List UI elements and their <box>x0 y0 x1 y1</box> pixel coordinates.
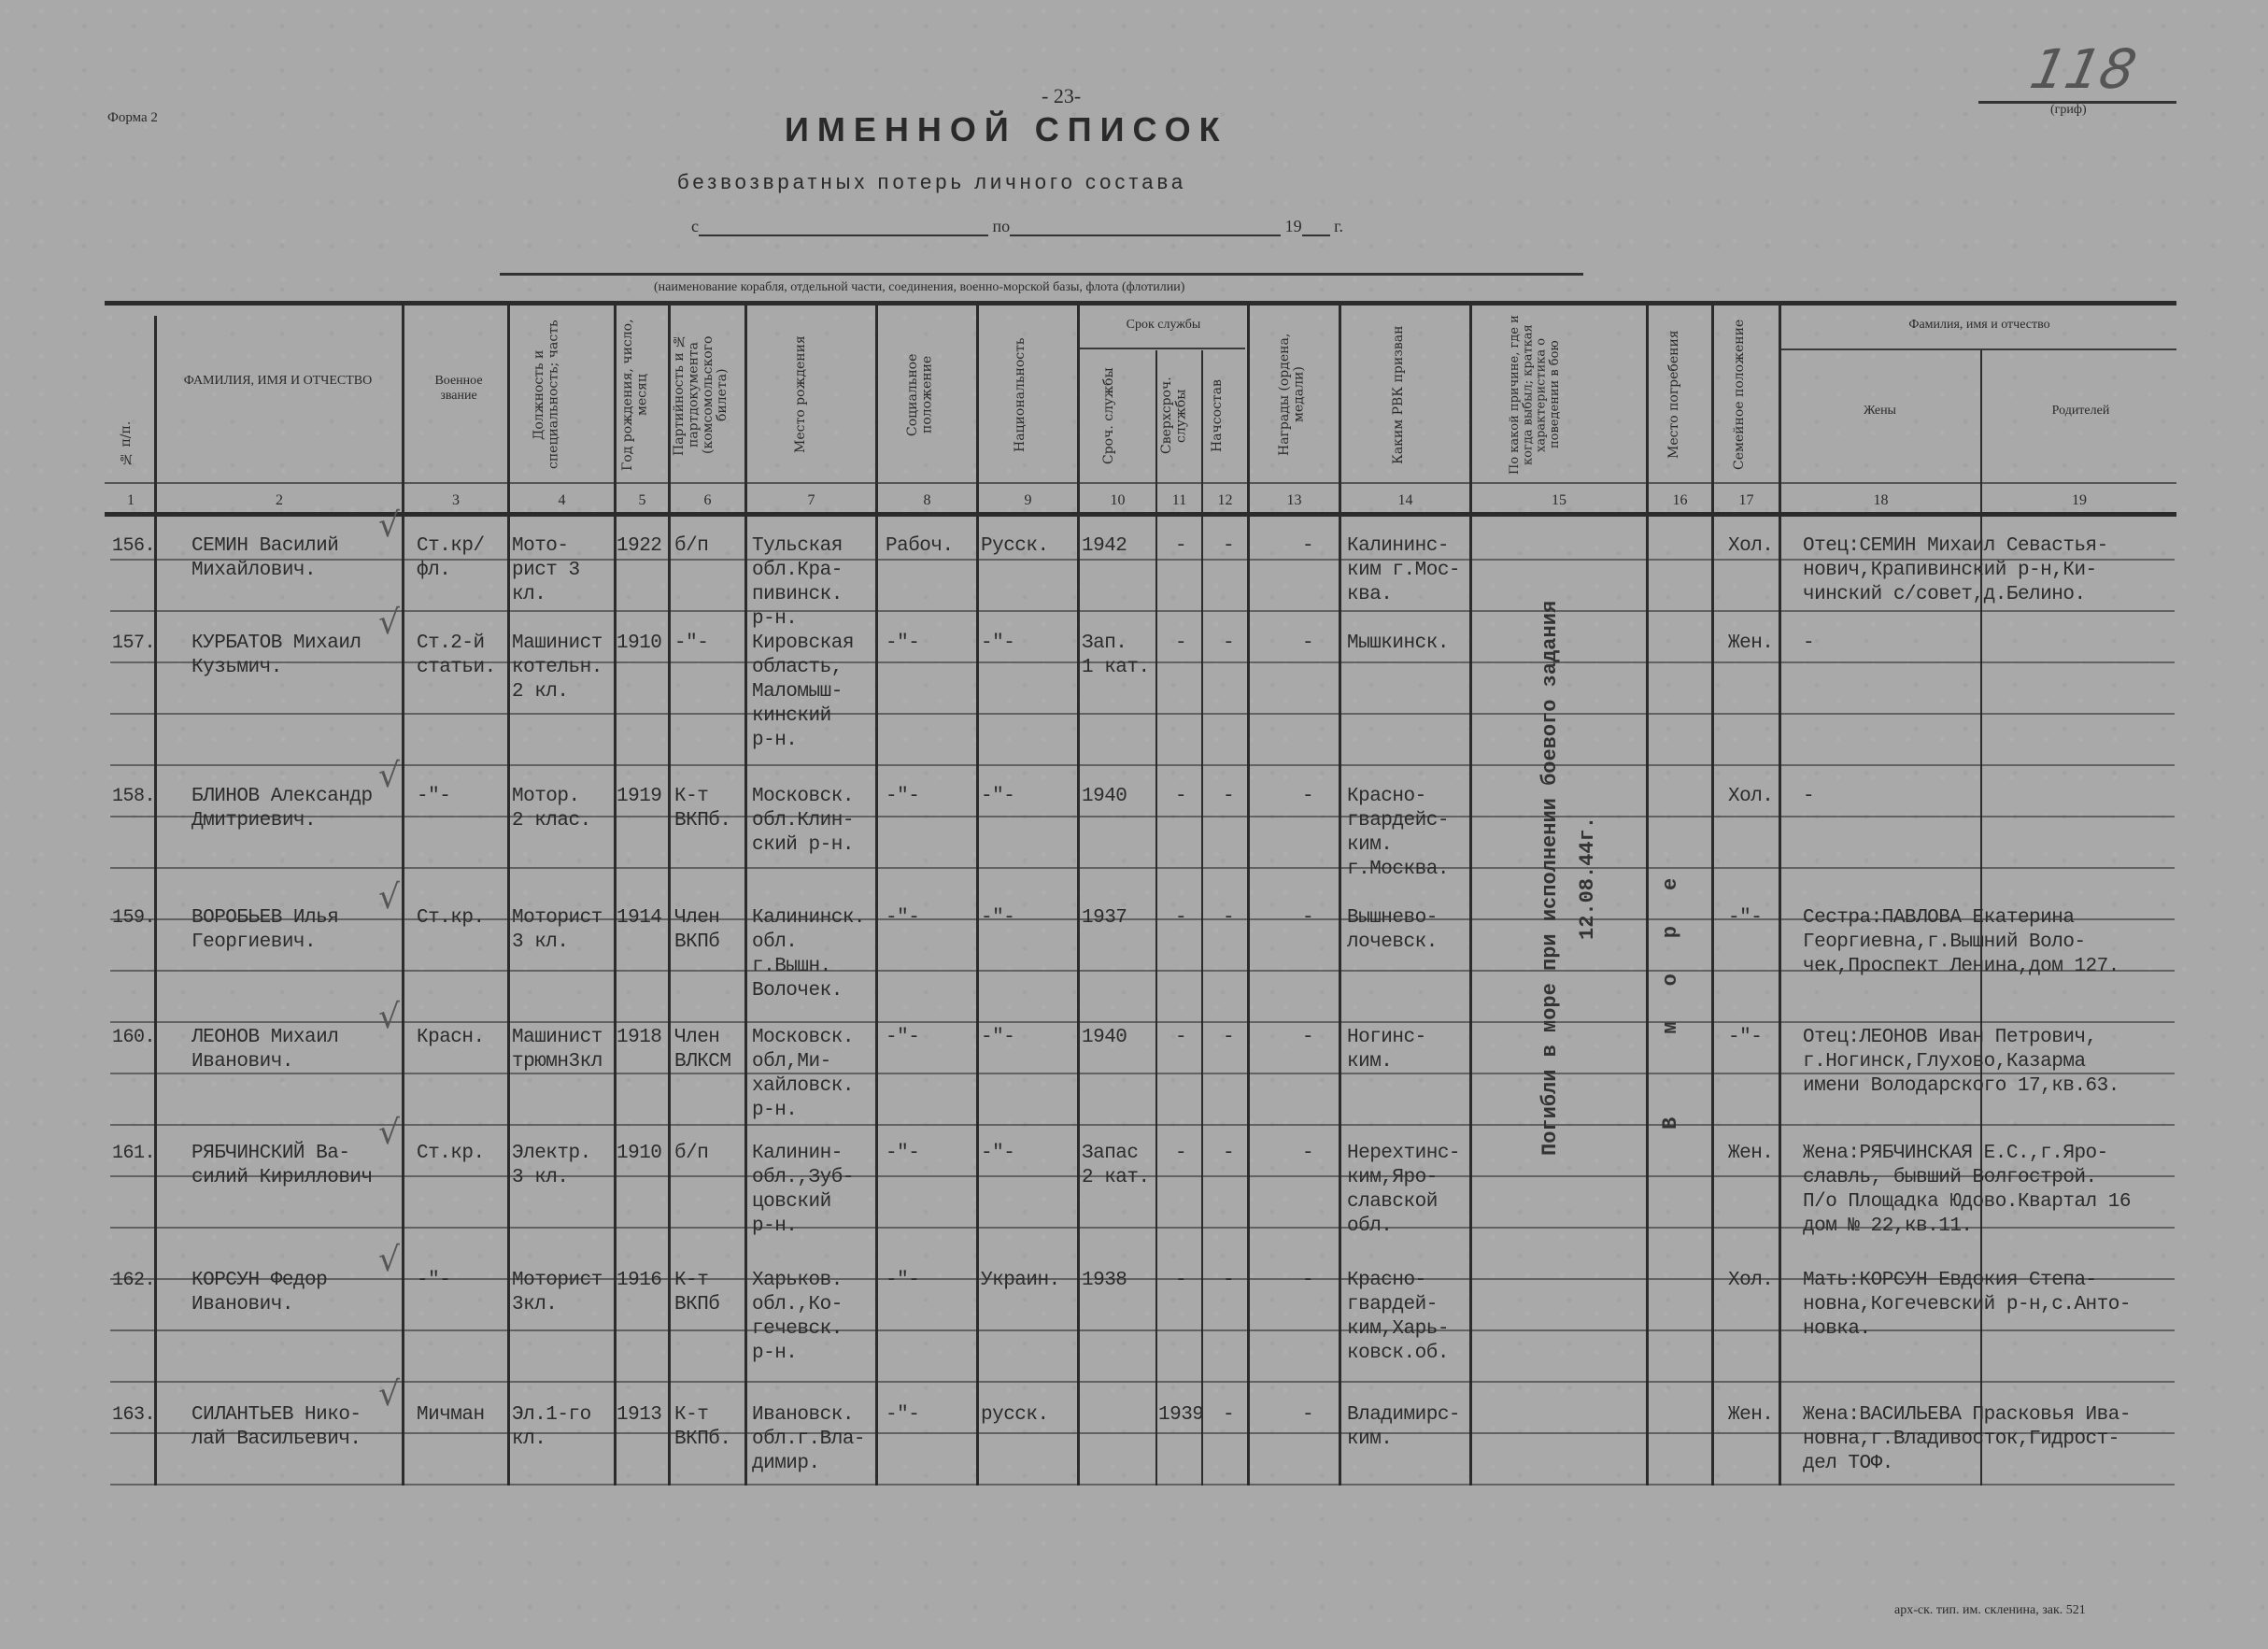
birthplace: Кировская область, Маломыш- кинский р-н. <box>752 632 878 753</box>
extended-service: - <box>1158 785 1203 809</box>
colnum-11: 11 <box>1157 492 1201 509</box>
full-name: БЛИНОВ Александр Дмитриевич. <box>191 785 402 833</box>
table-top-border <box>105 301 2176 306</box>
position: Эл.1-го кл. <box>512 1403 617 1452</box>
regular-service: Зап. 1 кат. <box>1082 632 1156 680</box>
military-rank: Мичман <box>417 1403 510 1428</box>
military-rank: Ст.2-й статьи. <box>417 632 510 680</box>
check-mark-icon: √ <box>378 878 400 917</box>
military-rank: Красн. <box>417 1026 510 1050</box>
col-divider-15 <box>1646 304 1649 1486</box>
period-from-blank <box>699 220 988 236</box>
col-divider-3 <box>507 304 510 1486</box>
family-status: -"- <box>1728 906 1784 931</box>
regular-service: 1940 <box>1082 1026 1156 1050</box>
header-col-15: По какой причине, где и когда выбыл; кра… <box>1509 313 1602 476</box>
header-col-10: Сроч. службы <box>1102 355 1130 476</box>
header-col-12: Начсостав <box>1211 355 1239 476</box>
birth-year: 1916 <box>617 1269 671 1293</box>
row-number: 159. <box>112 906 153 931</box>
period-from-label: с <box>691 217 699 235</box>
officer-status: - <box>1214 632 1242 656</box>
draft-office: Нерехтинс- ким,Яро- славской обл. <box>1347 1142 1478 1239</box>
regular-service: 1938 <box>1082 1269 1156 1293</box>
party-membership: Член ВЛКСМ <box>674 1026 745 1074</box>
header-col-11: Сверхсроч. службы <box>1160 355 1198 476</box>
social-status: -"- <box>886 1269 975 1293</box>
extended-service: 1939 <box>1158 1403 1203 1428</box>
colnum-10: 10 <box>1080 492 1155 509</box>
parents-info: Отец:СЕМИН Михаил Севастья- нович,Крапив… <box>1803 534 2176 607</box>
header-col-14: Каким РВК призван <box>1392 313 1420 476</box>
social-status: -"- <box>886 785 975 809</box>
full-name: СИЛАНТЬЕВ Нико- лай Васильевич. <box>191 1403 402 1452</box>
extended-service: - <box>1158 632 1203 656</box>
extended-service: - <box>1158 1269 1203 1293</box>
regular-service: 1937 <box>1082 906 1156 931</box>
relative-info: Сестра:ПАВЛОВА Екатерина Георгиевна,г.Вы… <box>1803 906 2176 979</box>
extended-service: - <box>1158 1026 1203 1050</box>
row-rule-line <box>110 764 2175 766</box>
colnum-9: 9 <box>979 492 1077 509</box>
row-rule-line <box>110 1484 2175 1486</box>
cause-of-loss-note: Погибли в море при исполнении боевого за… <box>1532 598 1616 1159</box>
nationality: русск. <box>981 1403 1078 1428</box>
period-to-blank <box>1010 220 1281 236</box>
social-status: -"- <box>886 1142 975 1166</box>
party-membership: -"- <box>674 632 745 656</box>
birth-year: 1910 <box>617 632 671 656</box>
social-status: -"- <box>886 1403 975 1428</box>
row-number: 160. <box>112 1026 153 1050</box>
regular-service: 1940 <box>1082 785 1156 809</box>
draft-office: Ногинс- ким. <box>1347 1026 1478 1074</box>
party-membership: Член ВКПб <box>674 906 745 955</box>
header-col-7: Место рождения <box>794 313 822 476</box>
handwritten-sheet-number: 118 <box>2025 37 2142 101</box>
row-number: 162. <box>112 1269 153 1293</box>
regular-service: 1942 <box>1082 534 1156 559</box>
header-col-17: Семейное положение <box>1733 313 1774 476</box>
birth-year: 1910 <box>617 1142 671 1166</box>
family-status: Жен. <box>1728 632 1784 656</box>
birthplace: Московск. обл,Ми- хайловск. р-н. <box>752 1026 878 1123</box>
nationality: Украин. <box>981 1269 1078 1293</box>
row-rule-line <box>110 1124 2175 1126</box>
header-group-service-term: Срок службы <box>1082 318 1245 333</box>
col-divider-8 <box>976 304 979 1486</box>
header-col-8: Социальное положение <box>906 313 947 476</box>
military-rank: -"- <box>417 785 510 809</box>
row-rule-line <box>110 1381 2175 1383</box>
check-mark-icon: √ <box>378 506 400 545</box>
colnum-19: 19 <box>1982 492 2176 509</box>
relative-info: Мать:КОРСУН Евдокия Степа- новна,Когечев… <box>1803 1269 2176 1342</box>
burial-place-note: В море <box>1659 822 1696 1149</box>
awards: - <box>1294 632 1322 656</box>
family-status: Хол. <box>1728 785 1784 809</box>
header-col-6: Партийность и № партдокумента (комсомоль… <box>673 313 740 476</box>
row-number: 156. <box>112 534 153 559</box>
row-rule-line <box>110 1021 2175 1023</box>
col-divider-1 <box>154 316 157 1486</box>
colnum-5: 5 <box>617 492 668 509</box>
header-col-9: Национальность <box>1014 313 1042 476</box>
draft-office: Вышнево- лочевск. <box>1347 906 1478 955</box>
birth-year: 1922 <box>617 534 671 559</box>
check-mark-icon: √ <box>378 1114 400 1152</box>
document-subtitle: безвозвратных потерь личного состава <box>677 170 1186 194</box>
colnum-18: 18 <box>1781 492 1980 509</box>
row-rule-line <box>110 816 2175 817</box>
row-rule-line <box>110 610 2175 612</box>
relative-info: Жена:ВАСИЛЬЕВА Прасковья Ива- новна,г.Вл… <box>1803 1403 2176 1476</box>
period-line: с по 19 г. <box>691 217 1343 236</box>
full-name: ЛЕОНОВ Михаил Иванович. <box>191 1026 402 1074</box>
awards: - <box>1294 1403 1322 1428</box>
header-col-4: Должность и специальность; часть <box>532 313 588 476</box>
period-year-label: 19 <box>1285 217 1302 235</box>
colnum-17: 17 <box>1714 492 1779 509</box>
header-col-3: Военное звание <box>417 374 501 404</box>
awards: - <box>1294 906 1322 931</box>
extended-service: - <box>1158 534 1203 559</box>
page-number: - 23- <box>1042 84 1081 108</box>
birthplace: Ивановск. обл.г.Вла- димир. <box>752 1403 878 1476</box>
birthplace: Харьков. обл.,Ко- гечевск. р-н. <box>752 1269 878 1366</box>
position: Машинист трюмн3кл <box>512 1026 617 1074</box>
nationality: -"- <box>981 906 1078 931</box>
check-mark-icon: √ <box>378 998 400 1036</box>
parents-info: - <box>1803 785 2176 809</box>
full-name: КУРБАТОВ Михаил Кузьмич. <box>191 632 402 680</box>
birth-year: 1914 <box>617 906 671 931</box>
draft-office: Красно- гвардейс- ким. г.Москва. <box>1347 785 1478 882</box>
header-col-5: Год рождения, число, месяц <box>621 313 662 476</box>
social-status: Рабоч. <box>886 534 975 559</box>
family-status: Хол. <box>1728 534 1784 559</box>
colnum-2: 2 <box>157 492 402 509</box>
period-year-blank <box>1302 220 1330 236</box>
position: Мотор. 2 клас. <box>512 785 617 833</box>
colnum-16: 16 <box>1649 492 1711 509</box>
officer-status: - <box>1214 1026 1242 1050</box>
birth-year: 1913 <box>617 1403 671 1428</box>
nationality: Русск. <box>981 534 1078 559</box>
birthplace: Калининск. обл. г.Вышн. Волочек. <box>752 906 878 1003</box>
full-name: КОРСУН Федор Иванович. <box>191 1269 402 1317</box>
header-col-18: Жены <box>1784 404 1976 419</box>
birth-year: 1918 <box>617 1026 671 1050</box>
check-mark-icon: √ <box>378 1241 400 1279</box>
regular-service: Запас 2 кат. <box>1082 1142 1156 1190</box>
full-name: РЯБЧИНСКИЙ Ва- силий Кириллович <box>191 1142 402 1190</box>
row-number: 157. <box>112 632 153 656</box>
family-status: Жен. <box>1728 1142 1784 1166</box>
colnum-8: 8 <box>878 492 976 509</box>
header-col-1: № п/п. <box>120 411 148 476</box>
military-rank: Ст.кр. <box>417 1142 510 1166</box>
extended-service: - <box>1158 906 1203 931</box>
position: Электр. 3 кл. <box>512 1142 617 1190</box>
family-status: Жен. <box>1728 1403 1784 1428</box>
header-col-13: Награды (ордена, медали) <box>1278 313 1319 476</box>
colnum-7: 7 <box>747 492 875 509</box>
period-year-suffix: г. <box>1334 217 1343 235</box>
draft-office: Калининс- ким г.Мос- ква. <box>1347 534 1478 607</box>
col-divider-5 <box>668 304 671 1486</box>
colnum-15: 15 <box>1472 492 1646 509</box>
colnum-14: 14 <box>1341 492 1469 509</box>
colnum-4: 4 <box>510 492 614 509</box>
colnum-3: 3 <box>404 492 507 509</box>
header-col-16: Место погребения <box>1667 313 1695 476</box>
header-col-19: Родителей <box>1985 404 2176 419</box>
draft-office: Владимирс- ким. <box>1347 1403 1478 1452</box>
awards: - <box>1294 785 1322 809</box>
draft-office: Красно- гвардей- ким,Харь- ковск.об. <box>1347 1269 1478 1366</box>
column-number-separator <box>105 482 2176 484</box>
colnum-13: 13 <box>1250 492 1339 509</box>
relatives-separator <box>1779 348 2176 350</box>
birthplace: Калинин- обл.,Зуб- цовский р-н. <box>752 1142 878 1239</box>
birth-year: 1919 <box>617 785 671 809</box>
colnum-6: 6 <box>671 492 744 509</box>
col-divider-2 <box>402 304 404 1486</box>
header-col-2: ФАМИЛИЯ, ИМЯ И ОТЧЕСТВО <box>159 374 397 389</box>
party-membership: К-т ВКПб <box>674 1269 745 1317</box>
birthplace: Тульская обл.Кра- пивинск. р-н. <box>752 534 878 632</box>
colnum-12: 12 <box>1203 492 1247 509</box>
service-term-separator <box>1077 348 1245 349</box>
social-status: -"- <box>886 906 975 931</box>
col-divider-12 <box>1247 304 1250 1486</box>
position: Машинист котельн. 2 кл. <box>512 632 617 704</box>
position: Моторист 3кл. <box>512 1269 617 1317</box>
col-divider-13 <box>1339 304 1341 1486</box>
document-title: ИМЕННОЙ СПИСОК <box>785 110 1228 149</box>
social-status: -"- <box>886 1026 975 1050</box>
relative-info: Отец:ЛЕОНОВ Иван Петрович, г.Ногинск,Глу… <box>1803 1026 2176 1099</box>
officer-status: - <box>1214 534 1242 559</box>
birthplace: Московск. обл.Клин- ский р-н. <box>752 785 878 858</box>
row-rule-line <box>110 713 2175 715</box>
printer-footer: арх-ск. тип. им. скленина, зак. 521 <box>1894 1603 2086 1618</box>
officer-status: - <box>1214 1403 1242 1428</box>
awards: - <box>1294 534 1322 559</box>
row-number: 161. <box>112 1142 153 1166</box>
family-status: Хол. <box>1728 1269 1784 1293</box>
military-rank: -"- <box>417 1269 510 1293</box>
col-divider-17 <box>1779 304 1781 1486</box>
table-header-bottom-border <box>105 512 2176 517</box>
full-name: СЕМИН Василий Михайлович. <box>191 534 402 583</box>
party-membership: К-т ВКПб. <box>674 785 745 833</box>
position: Мото- рист 3 кл. <box>512 534 617 607</box>
party-membership: б/п <box>674 534 745 559</box>
row-number: 158. <box>112 785 153 809</box>
party-membership: б/п <box>674 1142 745 1166</box>
awards: - <box>1294 1142 1322 1166</box>
family-status: -"- <box>1728 1026 1784 1050</box>
row-number: 163. <box>112 1403 153 1428</box>
position: Моторист 3 кл. <box>512 906 617 955</box>
check-mark-icon: √ <box>378 604 400 642</box>
nationality: -"- <box>981 632 1078 656</box>
row-rule-line <box>110 867 2175 869</box>
military-rank: Ст.кр/фл. <box>417 534 510 583</box>
period-to-label: по <box>993 217 1011 235</box>
header-group-relatives: Фамилия, имя и отчество <box>1784 318 2175 333</box>
check-mark-icon: √ <box>378 1375 400 1414</box>
nationality: -"- <box>981 1026 1078 1050</box>
awards: - <box>1294 1269 1322 1293</box>
nationality: -"- <box>981 1142 1078 1166</box>
extended-service: - <box>1158 1142 1203 1166</box>
officer-status: - <box>1214 1142 1242 1166</box>
colnum-1: 1 <box>107 492 154 509</box>
nationality: -"- <box>981 785 1078 809</box>
draft-office: Мышкинск. <box>1347 632 1478 656</box>
col-divider-16 <box>1711 304 1714 1486</box>
unit-caption: (наименование корабля, отдельной части, … <box>654 280 1184 295</box>
col-divider-9 <box>1077 304 1080 1486</box>
grif-label: (гриф) <box>2050 103 2087 118</box>
officer-status: - <box>1214 1269 1242 1293</box>
military-rank: Ст.кр. <box>417 906 510 931</box>
awards: - <box>1294 1026 1322 1050</box>
social-status: -"- <box>886 632 975 656</box>
form-label: Форма 2 <box>107 110 158 126</box>
parents-info: - <box>1803 632 2176 656</box>
full-name: ВОРОБЬЕВ Илья Георгиевич. <box>191 906 402 955</box>
unit-name-line <box>500 273 1583 276</box>
check-mark-icon: √ <box>378 757 400 795</box>
officer-status: - <box>1214 906 1242 931</box>
party-membership: К-т ВКПб. <box>674 1403 745 1452</box>
officer-status: - <box>1214 785 1242 809</box>
relative-info: Жена:РЯБЧИНСКАЯ Е.С.,г.Яро- славль, бывш… <box>1803 1142 2176 1239</box>
